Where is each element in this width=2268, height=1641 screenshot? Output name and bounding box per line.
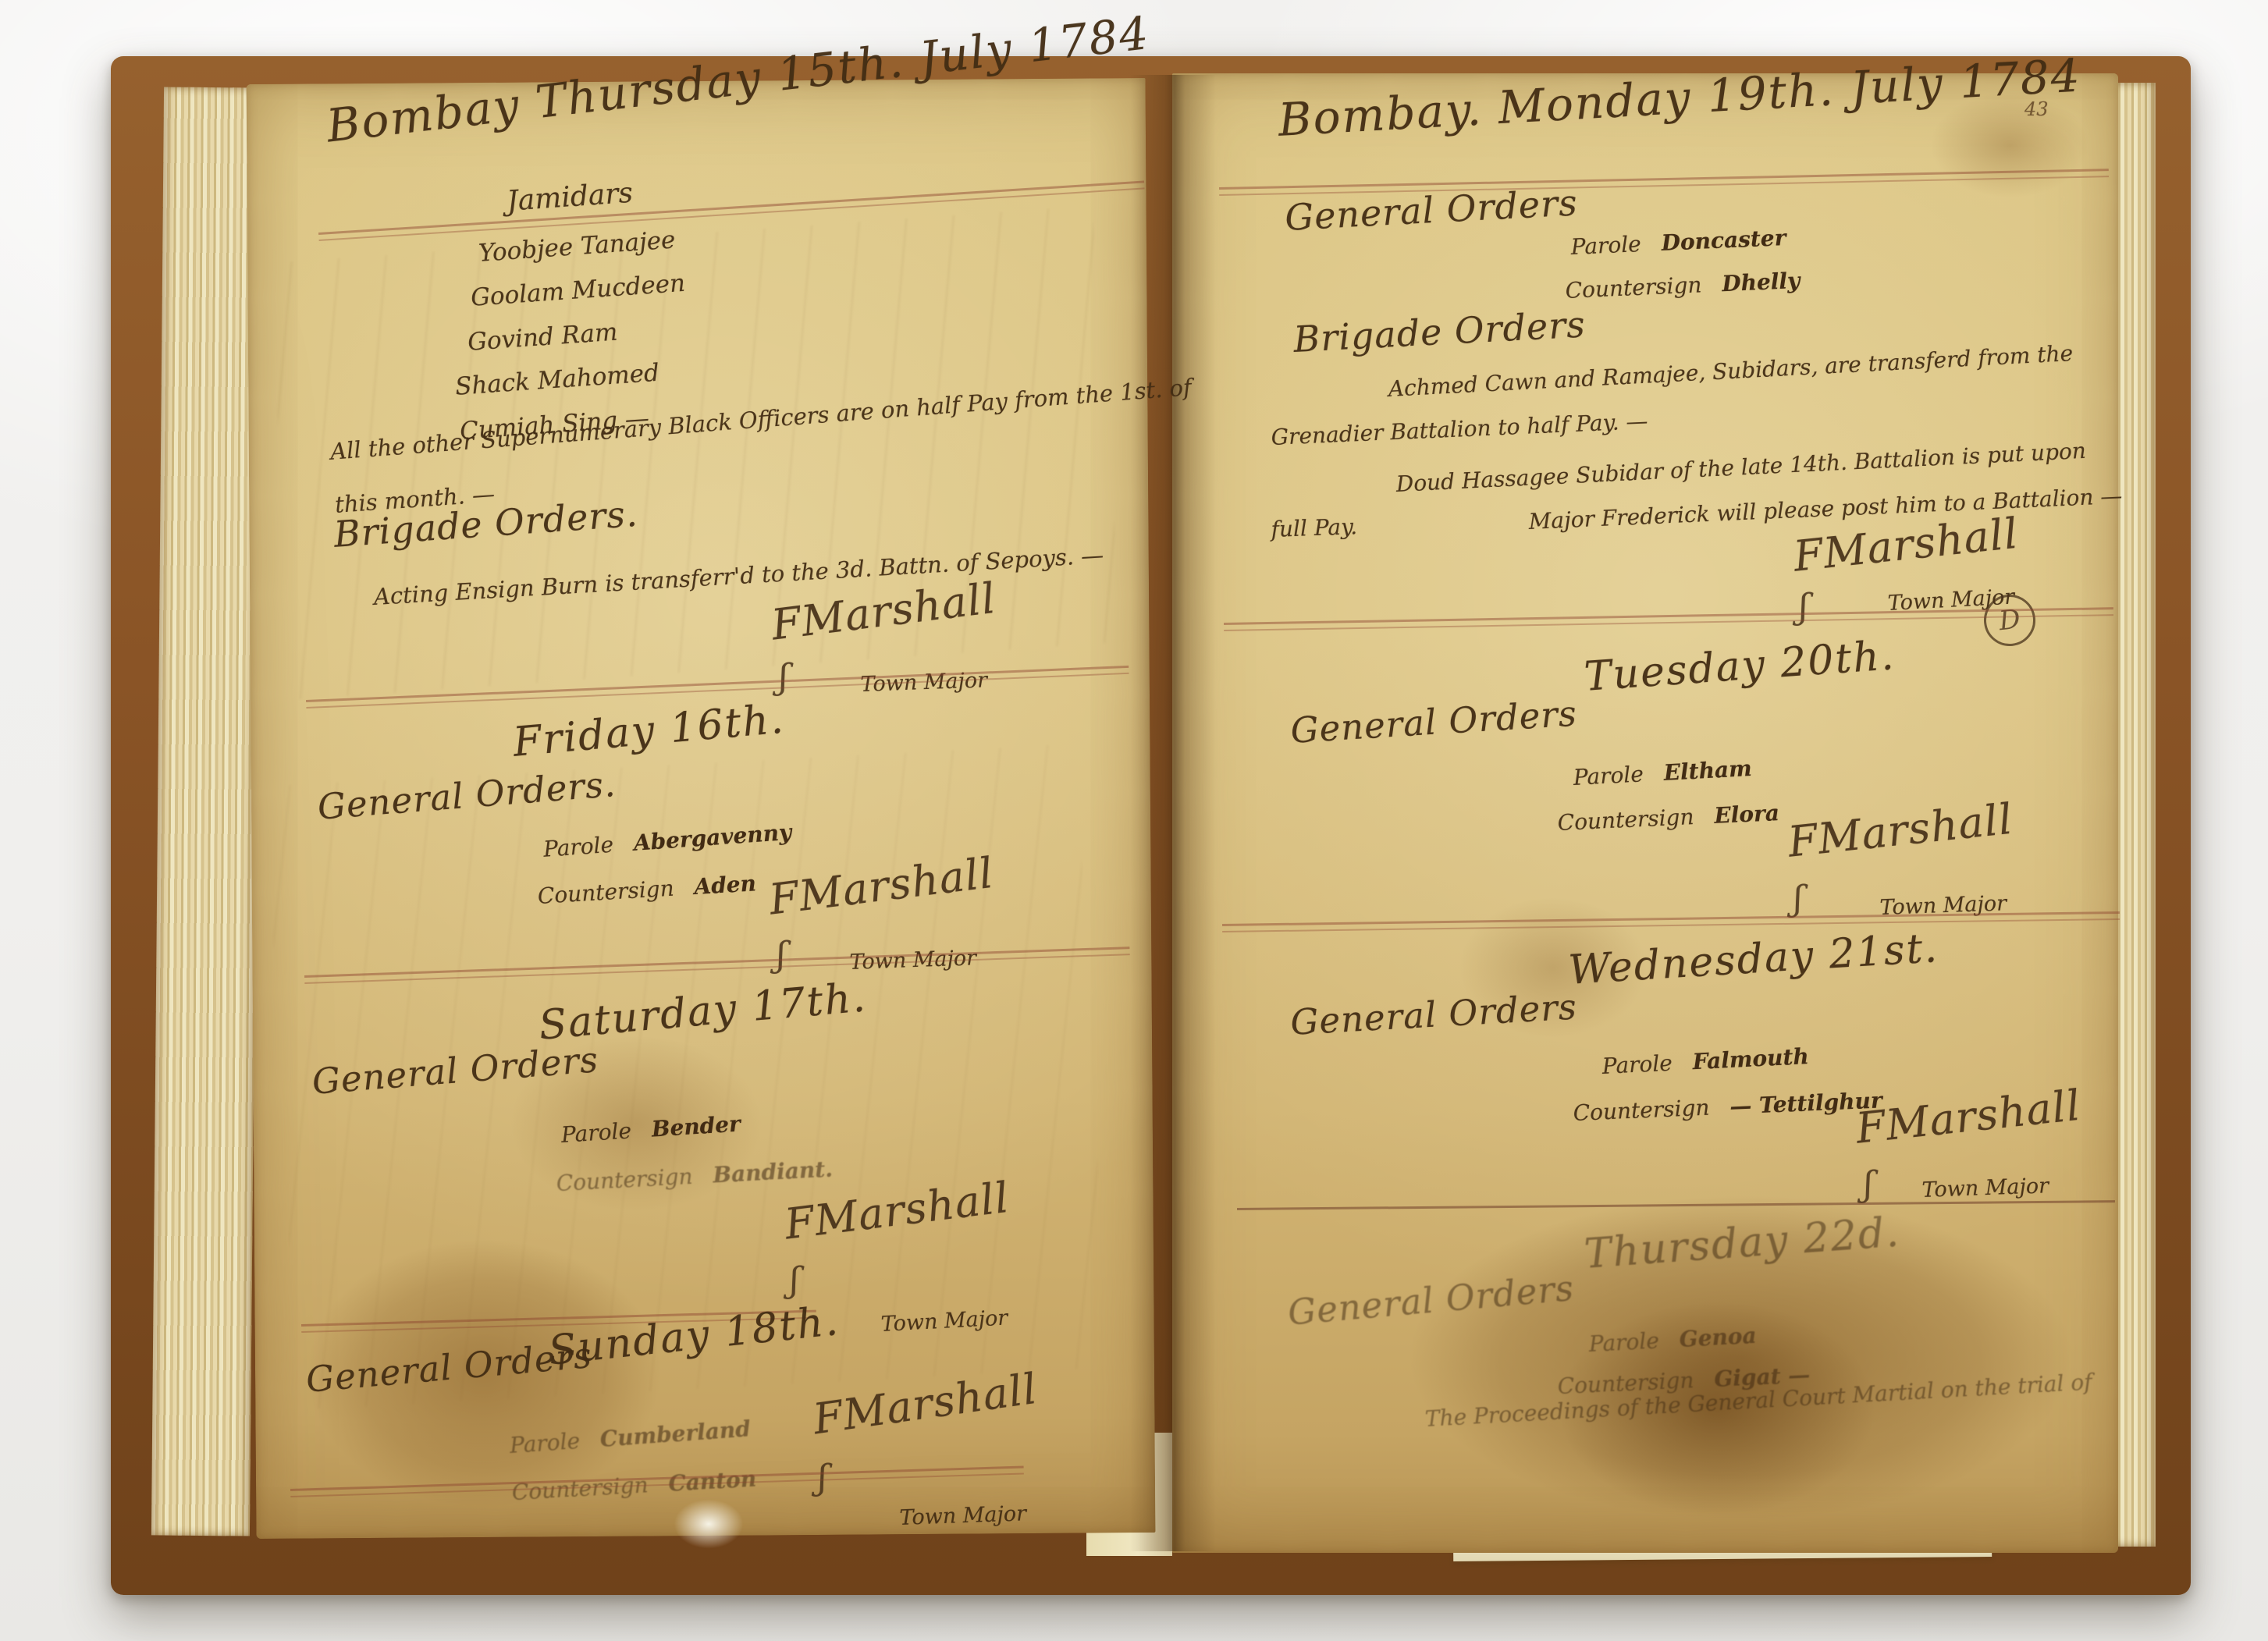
signature-flourish: ʃ	[1793, 879, 1803, 918]
parole-label: Parole	[1588, 1327, 1660, 1357]
book-gutter-shadow	[1130, 75, 1216, 1551]
brigade-order-line: full Pay.	[1271, 513, 1358, 542]
left-page-edge-stack	[151, 87, 262, 1536]
parole-label: Parole	[542, 832, 614, 862]
signature-title: Town Major	[899, 1501, 1027, 1530]
signature-flourish: ʃ	[777, 935, 786, 975]
parole-label: Parole	[1573, 761, 1644, 790]
countersign-value: Aden	[693, 870, 756, 900]
signature-title: Town Major	[1921, 1174, 2049, 1202]
photo-of-open-manuscript-book: Bombay Thursday 15th. July 1784 Jamidars…	[0, 0, 2268, 1641]
parole-label: Parole	[1570, 231, 1641, 260]
parole-value: Doncaster	[1661, 225, 1786, 256]
signature-flourish: ʃ	[1864, 1164, 1873, 1204]
parole-value: Genoa	[1679, 1323, 1757, 1352]
parole-value: Eltham	[1663, 755, 1753, 786]
parole-label: Parole	[560, 1117, 632, 1148]
parole-label: Parole	[509, 1428, 581, 1458]
parole-label: Parole	[1601, 1050, 1673, 1079]
signature-flourish: ʃ	[790, 1260, 799, 1300]
signature-flourish: ʃ	[779, 657, 788, 697]
countersign-value: Dhelly	[1722, 268, 1801, 297]
countersign-value: Elora	[1714, 800, 1780, 829]
